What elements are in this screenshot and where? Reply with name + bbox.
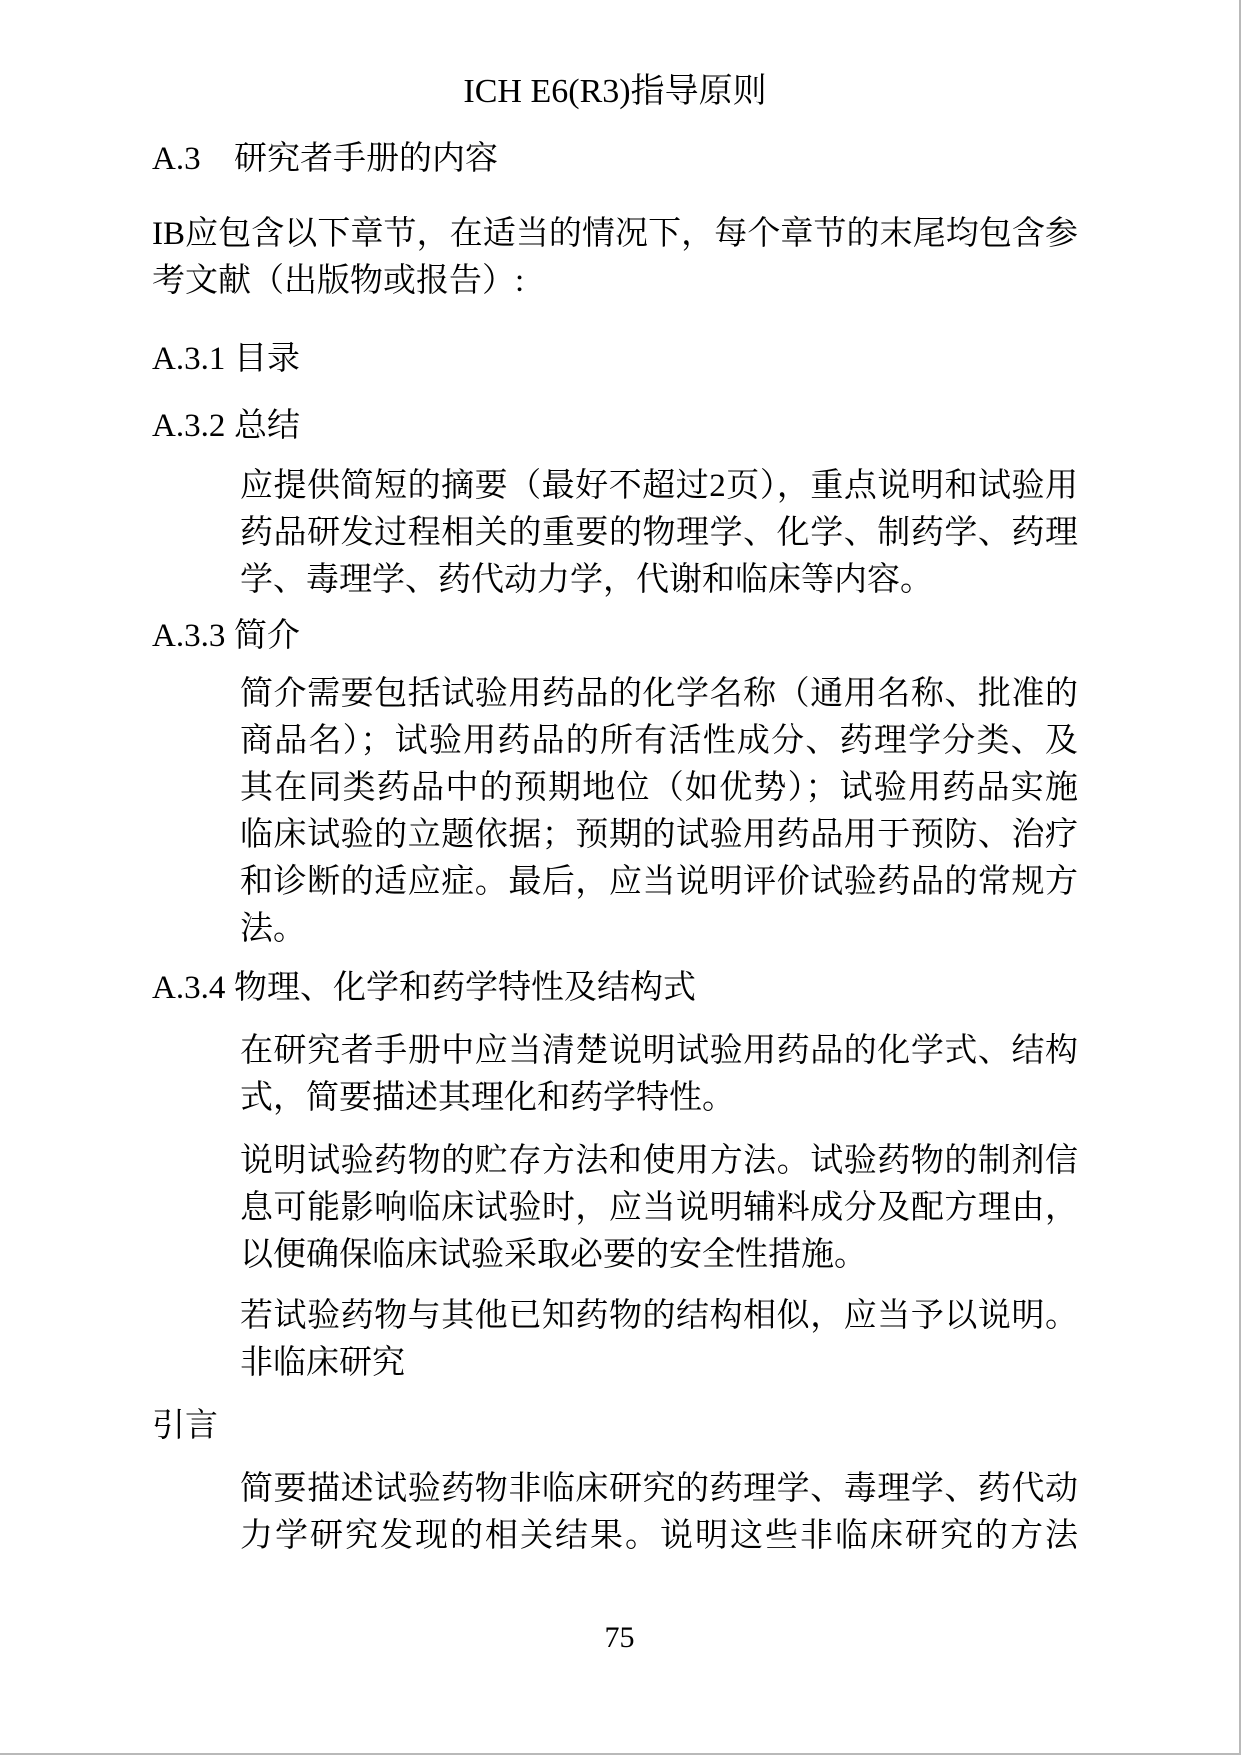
paragraph-nonclinical-brief: 简要描述试验药物非临床研究的药理学、毒理学、药代动力学研究发现的相关结果。说明这… (240, 1466, 1078, 1560)
document-page: ICH E6(R3)指导原则 A.3 研究者手册的内容 IB应包含以下章节，在适… (0, 0, 1241, 1755)
section-heading-a33: A.3.3 简介 (152, 613, 1078, 660)
section-number-a3: A.3 (152, 136, 234, 183)
section-heading-a32: A.3.2 总结 (152, 403, 1078, 450)
doc-header-title: ICH E6(R3)指导原则 (152, 68, 1078, 115)
paragraph-introduction: 简介需要包括试验用药品的化学名称（通用名称、批准的商品名）；试验用药品的所有活性… (240, 671, 1078, 953)
section-heading-a3: A.3 研究者手册的内容 (152, 136, 1078, 183)
section-number-a31: A.3.1 (152, 336, 234, 383)
section-title-a34: 物理、化学和药学特性及结构式 (234, 965, 696, 1012)
paragraph-similar-structure: 若试验药物与其他已知药物的结构相似，应当予以说明。 (240, 1293, 1078, 1340)
section-title-a3: 研究者手册的内容 (234, 136, 498, 183)
section-title-yinyan: 引言 (152, 1403, 218, 1450)
section-title-a31: 目录 (234, 336, 300, 383)
section-number-a33: A.3.3 (152, 613, 234, 660)
section-heading-a34: A.3.4 物理、化学和药学特性及结构式 (152, 965, 1078, 1012)
paragraph-properties-2: 说明试验药物的贮存方法和使用方法。试验药物的制剂信息可能影响临床试验时，应当说明… (240, 1138, 1078, 1279)
paragraph-summary: 应提供简短的摘要（最好不超过2页），重点说明和试验用药品研发过程相关的重要的物理… (240, 463, 1078, 604)
paragraph-ib-contents: IB应包含以下章节，在适当的情况下，每个章节的末尾均包含参考文献（出版物或报告）… (152, 211, 1078, 305)
section-title-a32: 总结 (234, 403, 300, 450)
section-heading-a31: A.3.1 目录 (152, 336, 1078, 383)
section-title-a33: 简介 (234, 613, 300, 660)
line-nonclinical-study: 非临床研究 (240, 1340, 1078, 1387)
page-content: ICH E6(R3)指导原则 A.3 研究者手册的内容 IB应包含以下章节，在适… (0, 0, 1239, 1560)
page-number: 75 (0, 1621, 1239, 1655)
paragraph-properties-1: 在研究者手册中应当清楚说明试验用药品的化学式、结构式，简要描述其理化和药学特性。 (240, 1028, 1078, 1122)
section-number-a34: A.3.4 (152, 965, 234, 1012)
section-number-a32: A.3.2 (152, 403, 234, 450)
section-heading-yinyan: 引言 (152, 1403, 1078, 1450)
